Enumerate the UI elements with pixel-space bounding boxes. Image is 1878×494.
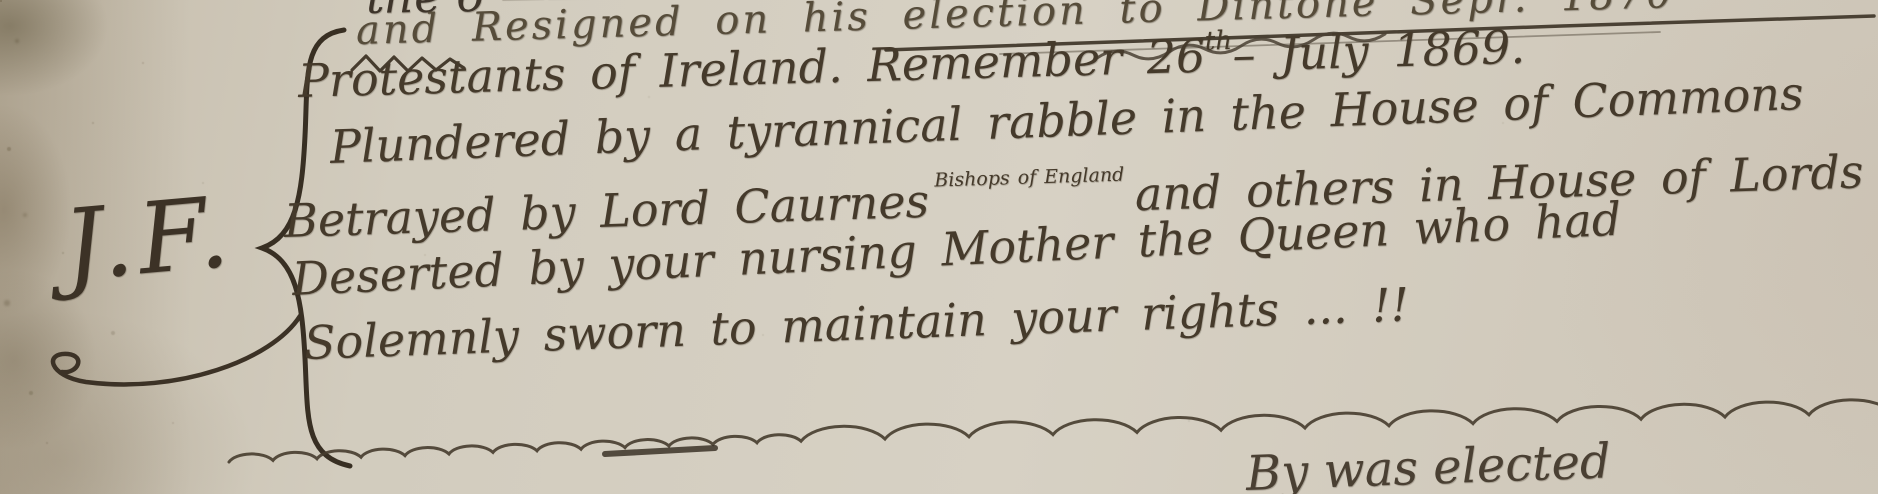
marginal-initials: J.F. bbox=[59, 175, 239, 303]
line1-text-post: – July 1869. bbox=[1232, 20, 1526, 82]
line1-superscript-th: th bbox=[1204, 26, 1232, 57]
separator-squiggle bbox=[215, 396, 1878, 482]
paper-stain-specks bbox=[0, 0, 2, 2]
line3-superscript-bishops: Bishops of England bbox=[934, 164, 1125, 192]
manuscript-page: the 6 —— and Resigned on his election to… bbox=[0, 0, 1878, 494]
